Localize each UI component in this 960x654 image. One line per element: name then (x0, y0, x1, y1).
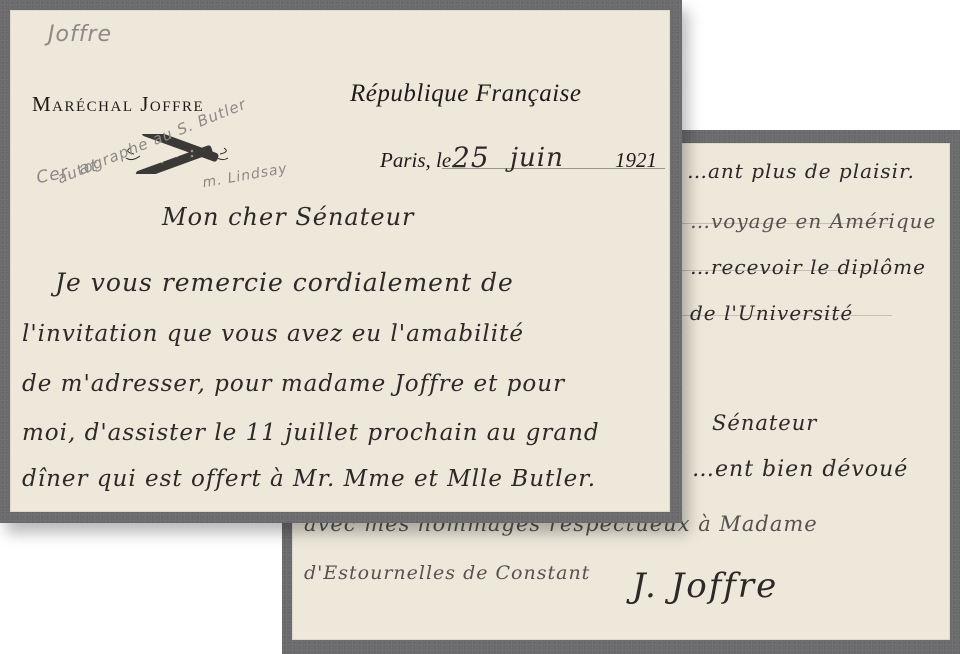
back-line-1: …ant plus de plaisir. (687, 159, 915, 183)
front-card-mount: Joffre Maréchal Joffre République França… (0, 0, 682, 523)
date-month: juin (510, 143, 564, 173)
front-card-paper: Joffre Maréchal Joffre République França… (10, 10, 670, 512)
signature: J. Joffre (632, 566, 778, 606)
dateline: Paris, le 25 juin 1921 (380, 145, 670, 175)
back-line-salutation: Sénateur (712, 411, 817, 435)
body-line-5: dîner qui est offert à Mr. Mme et Mlle B… (22, 466, 596, 492)
body-line-4: moi, d'assister le 11 juillet prochain a… (22, 420, 600, 446)
letterhead-republic: République Française (350, 80, 581, 108)
date-day: 25 (452, 141, 490, 174)
back-line-3: …recevoir le diplôme (690, 255, 926, 279)
dateline-prefix: Paris, le (380, 148, 451, 173)
back-line-4: de l'Université (690, 301, 853, 325)
back-line-6: …ent bien dévoué (692, 457, 908, 482)
back-line-8: d'Estournelles de Constant (304, 562, 590, 584)
pencil-note-top: Joffre (48, 22, 112, 47)
body-line-2: l'invitation que vous avez eu l'amabilit… (22, 321, 524, 347)
date-year: 1921 (615, 148, 657, 173)
body-line-3: de m'adresser, pour madame Joffre et pou… (22, 371, 565, 397)
body-line-1: Je vous remercie cordialement de (55, 268, 514, 297)
back-line-2: …voyage en Amérique (690, 209, 936, 233)
salutation: Mon cher Sénateur (162, 203, 415, 231)
letterhead-name: Maréchal Joffre (32, 92, 204, 117)
